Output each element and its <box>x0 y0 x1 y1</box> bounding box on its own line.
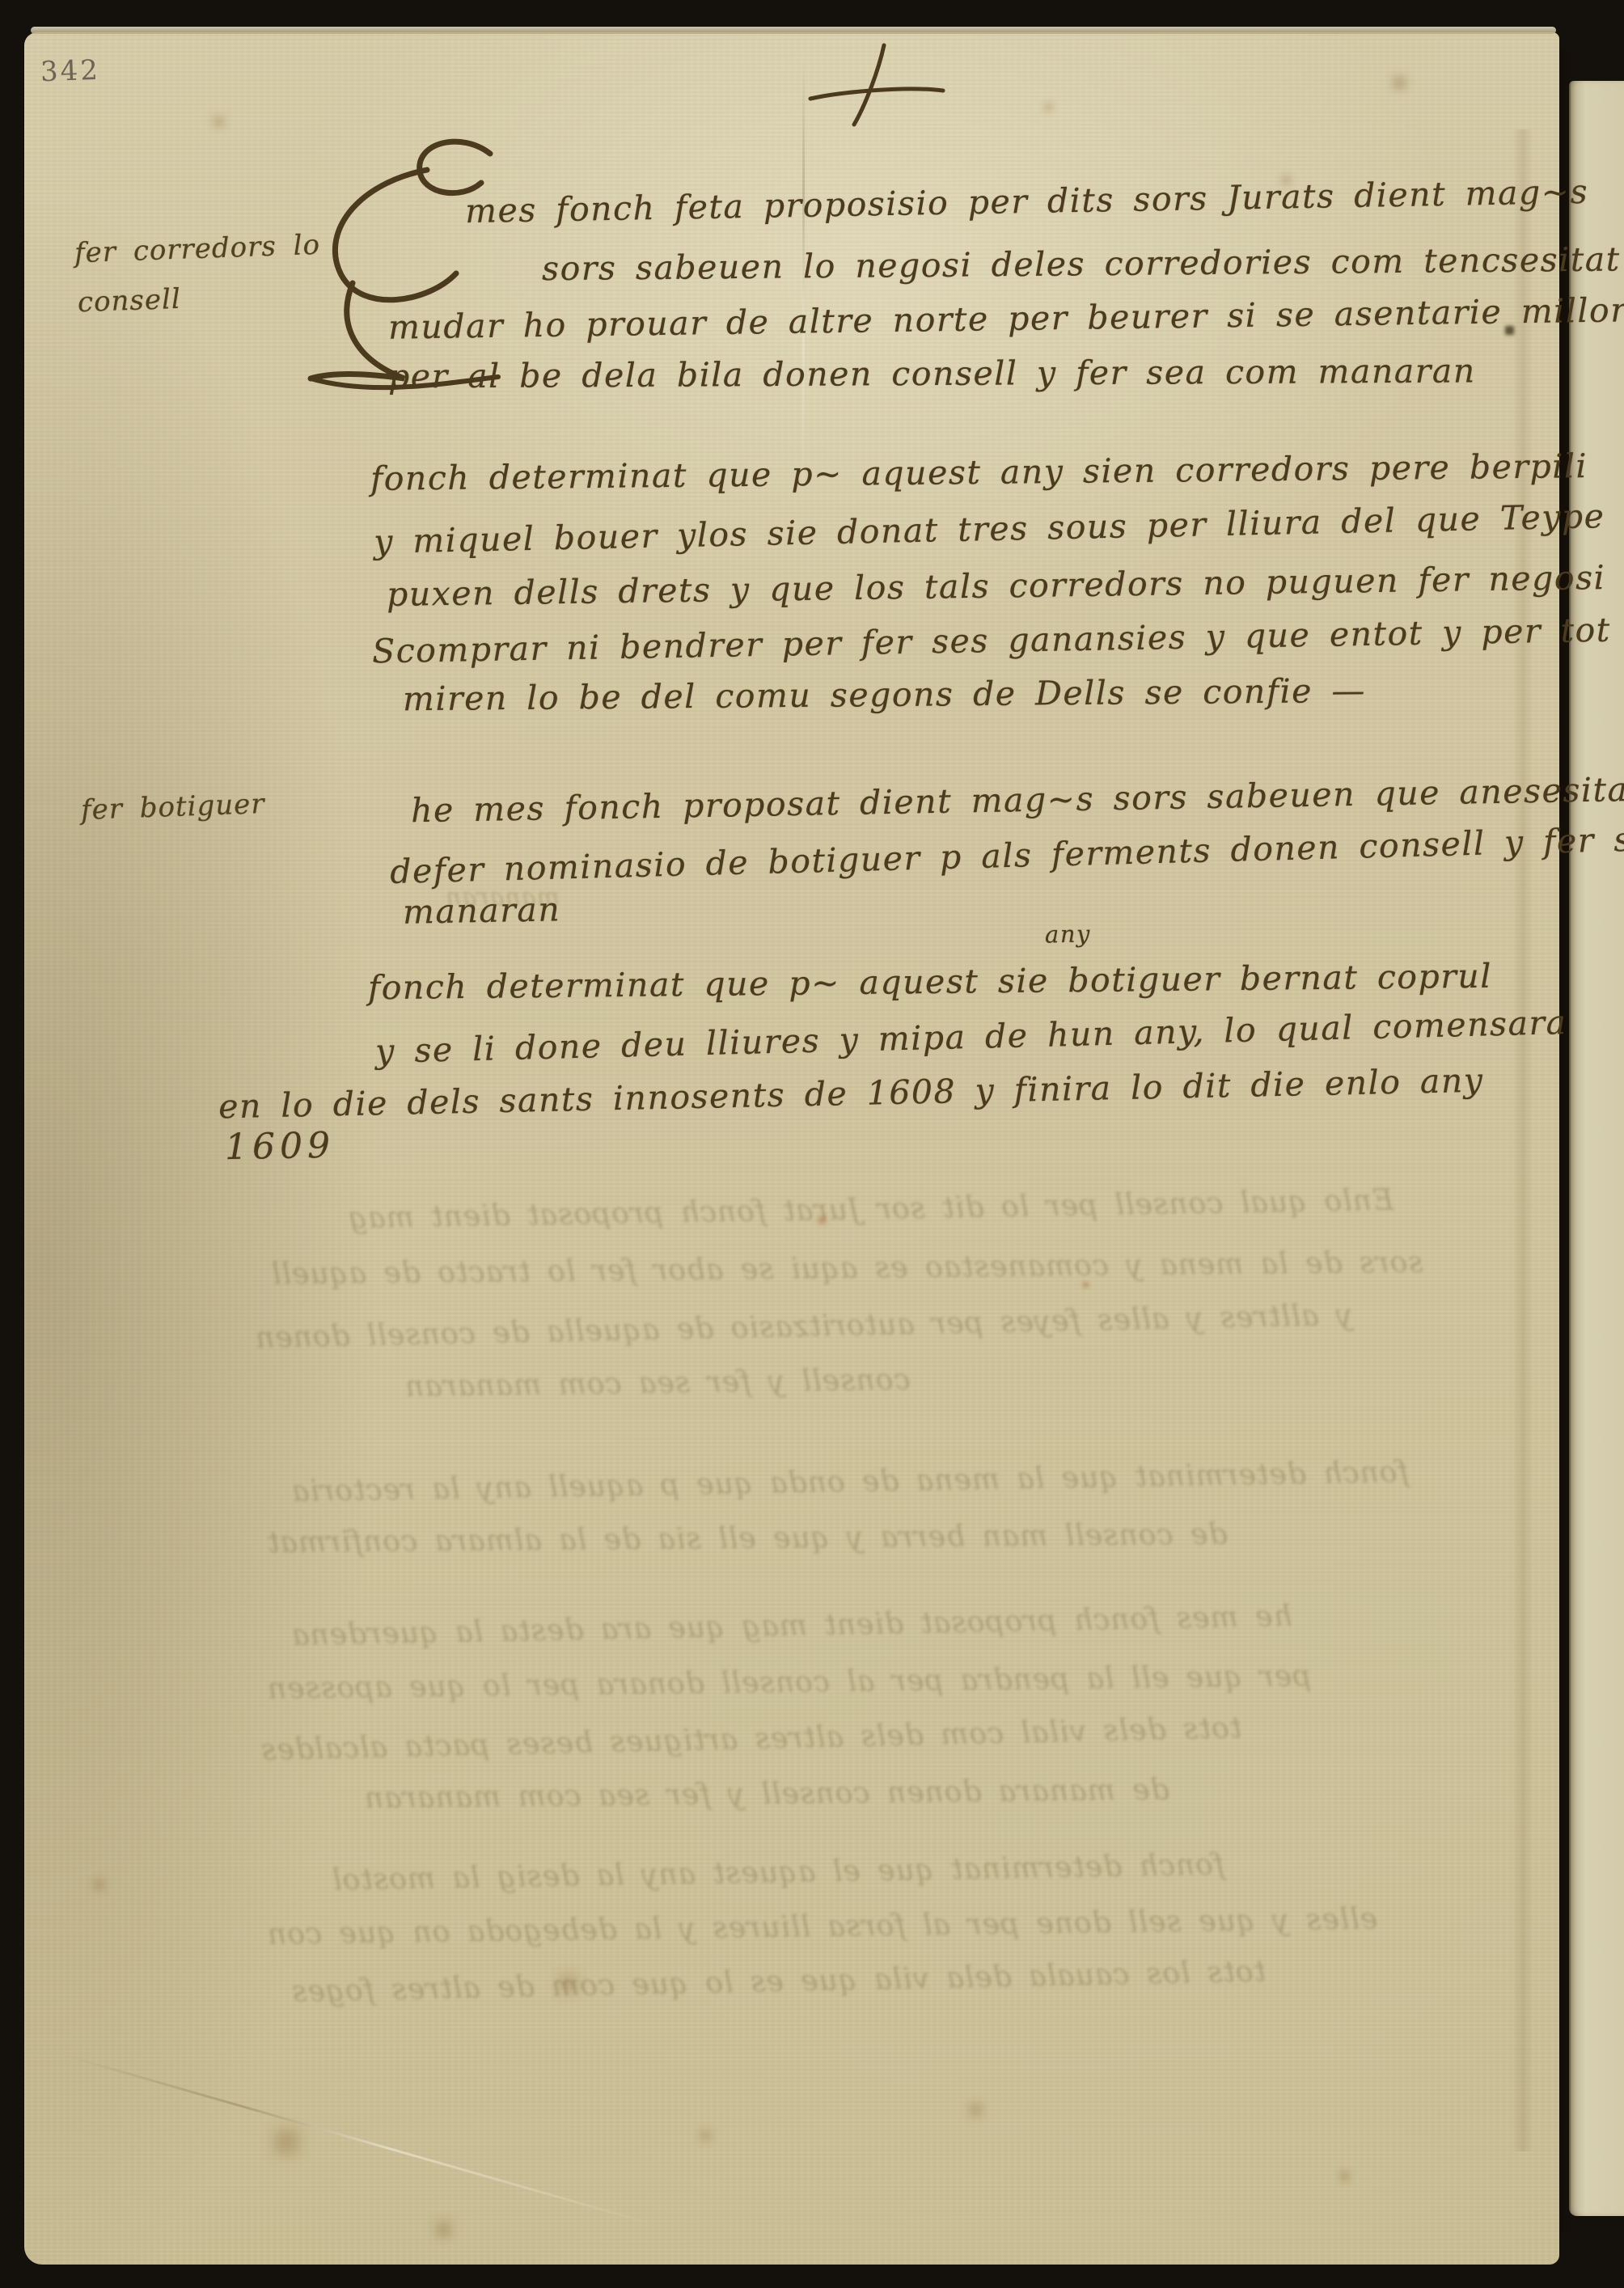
diagonal-crease <box>65 2054 656 2226</box>
showthrough-line: fonch determinat que el aquest any la de… <box>332 1848 1225 1897</box>
right-crease <box>1512 129 1533 2151</box>
showthrough-line: tots dels vilal com dels altres artigues… <box>260 1711 1242 1767</box>
showthrough-line: he mes fonch proposat dient mag que ara … <box>291 1600 1292 1652</box>
para4-year: 1609 <box>225 1125 336 1168</box>
showthrough-line: y alltres y alles feyes per autoritzasio… <box>255 1299 1353 1355</box>
margin-note-botiguer: fer botiguer <box>80 788 265 827</box>
para4-line1: fonch determinat que p~ aquest sie botig… <box>368 957 1492 1008</box>
folio-number: 342 <box>40 54 100 89</box>
showthrough-line: consell y fer sea com manaran <box>404 1364 911 1404</box>
para1-line1: mes fonch feta proposisio per dits sors … <box>465 172 1589 230</box>
para4-line3: en lo die dels sants innosents de 1608 y… <box>218 1061 1484 1127</box>
para3-line2: defer nominasio de botiguer p als fermen… <box>390 817 1624 891</box>
next-folio-edge <box>1569 81 1624 2216</box>
showthrough-line: tots los cauala dela vila que es lo que … <box>291 1955 1267 2008</box>
showthrough-line: Enlo qual consell per lo dit sor Jurat f… <box>348 1184 1394 1236</box>
showthrough-line: elles y que sell done per al forsa lliur… <box>267 1902 1378 1951</box>
para1-line3: mudar ho prouar de altre norte per beure… <box>388 290 1624 346</box>
showthrough-line: de consell man berra y que ell sia de la… <box>267 1518 1228 1559</box>
para4-line2: y se li done deu lliures y mipa de hun a… <box>375 1003 1567 1071</box>
archival-scan: 342 fer corredors lo consell mes fonch f… <box>0 0 1624 2288</box>
showthrough-line: fonch determinat que la mena de onda que… <box>291 1456 1409 1508</box>
para1-line2: sors sabeuen lo negosi deles corredories… <box>542 239 1624 288</box>
foxing-stains <box>24 32 25 33</box>
para2-line2: y miquel bouer ylos sie donat tres sous … <box>374 497 1605 561</box>
para2-line5: miren lo be del comu segons de Dells se … <box>403 671 1366 718</box>
invocation-cross-icon <box>801 39 954 132</box>
showthrough-line: per que ell la pendra per al consell don… <box>267 1660 1312 1706</box>
manuscript-page: 342 fer corredors lo consell mes fonch f… <box>24 32 1559 2265</box>
para2-line3: puxen dells drets y que los tals corredo… <box>387 557 1624 614</box>
margin-note-corredors-line2: consell <box>77 283 181 319</box>
para1-line4: per al be dela bila donen consell y fer … <box>388 351 1476 395</box>
para2-line1: fonch determinat que p~ aquest any sien … <box>370 446 1588 498</box>
showthrough-line: de manara donen consell y fer sea com ma… <box>364 1774 1169 1815</box>
showthrough-line: manaran <box>445 883 560 911</box>
para3-line1: he mes fonch proposat dient mag~s sors s… <box>411 770 1624 831</box>
para2-line4: Scomprar ni bendrer per fer ses ganansie… <box>372 611 1611 671</box>
interlinear-insertion: any <box>1045 920 1091 949</box>
showthrough-line: sors de la mena y comanestao es aqui se … <box>271 1246 1423 1292</box>
margin-note-corredors-line1: fer corredors lo <box>74 229 320 270</box>
